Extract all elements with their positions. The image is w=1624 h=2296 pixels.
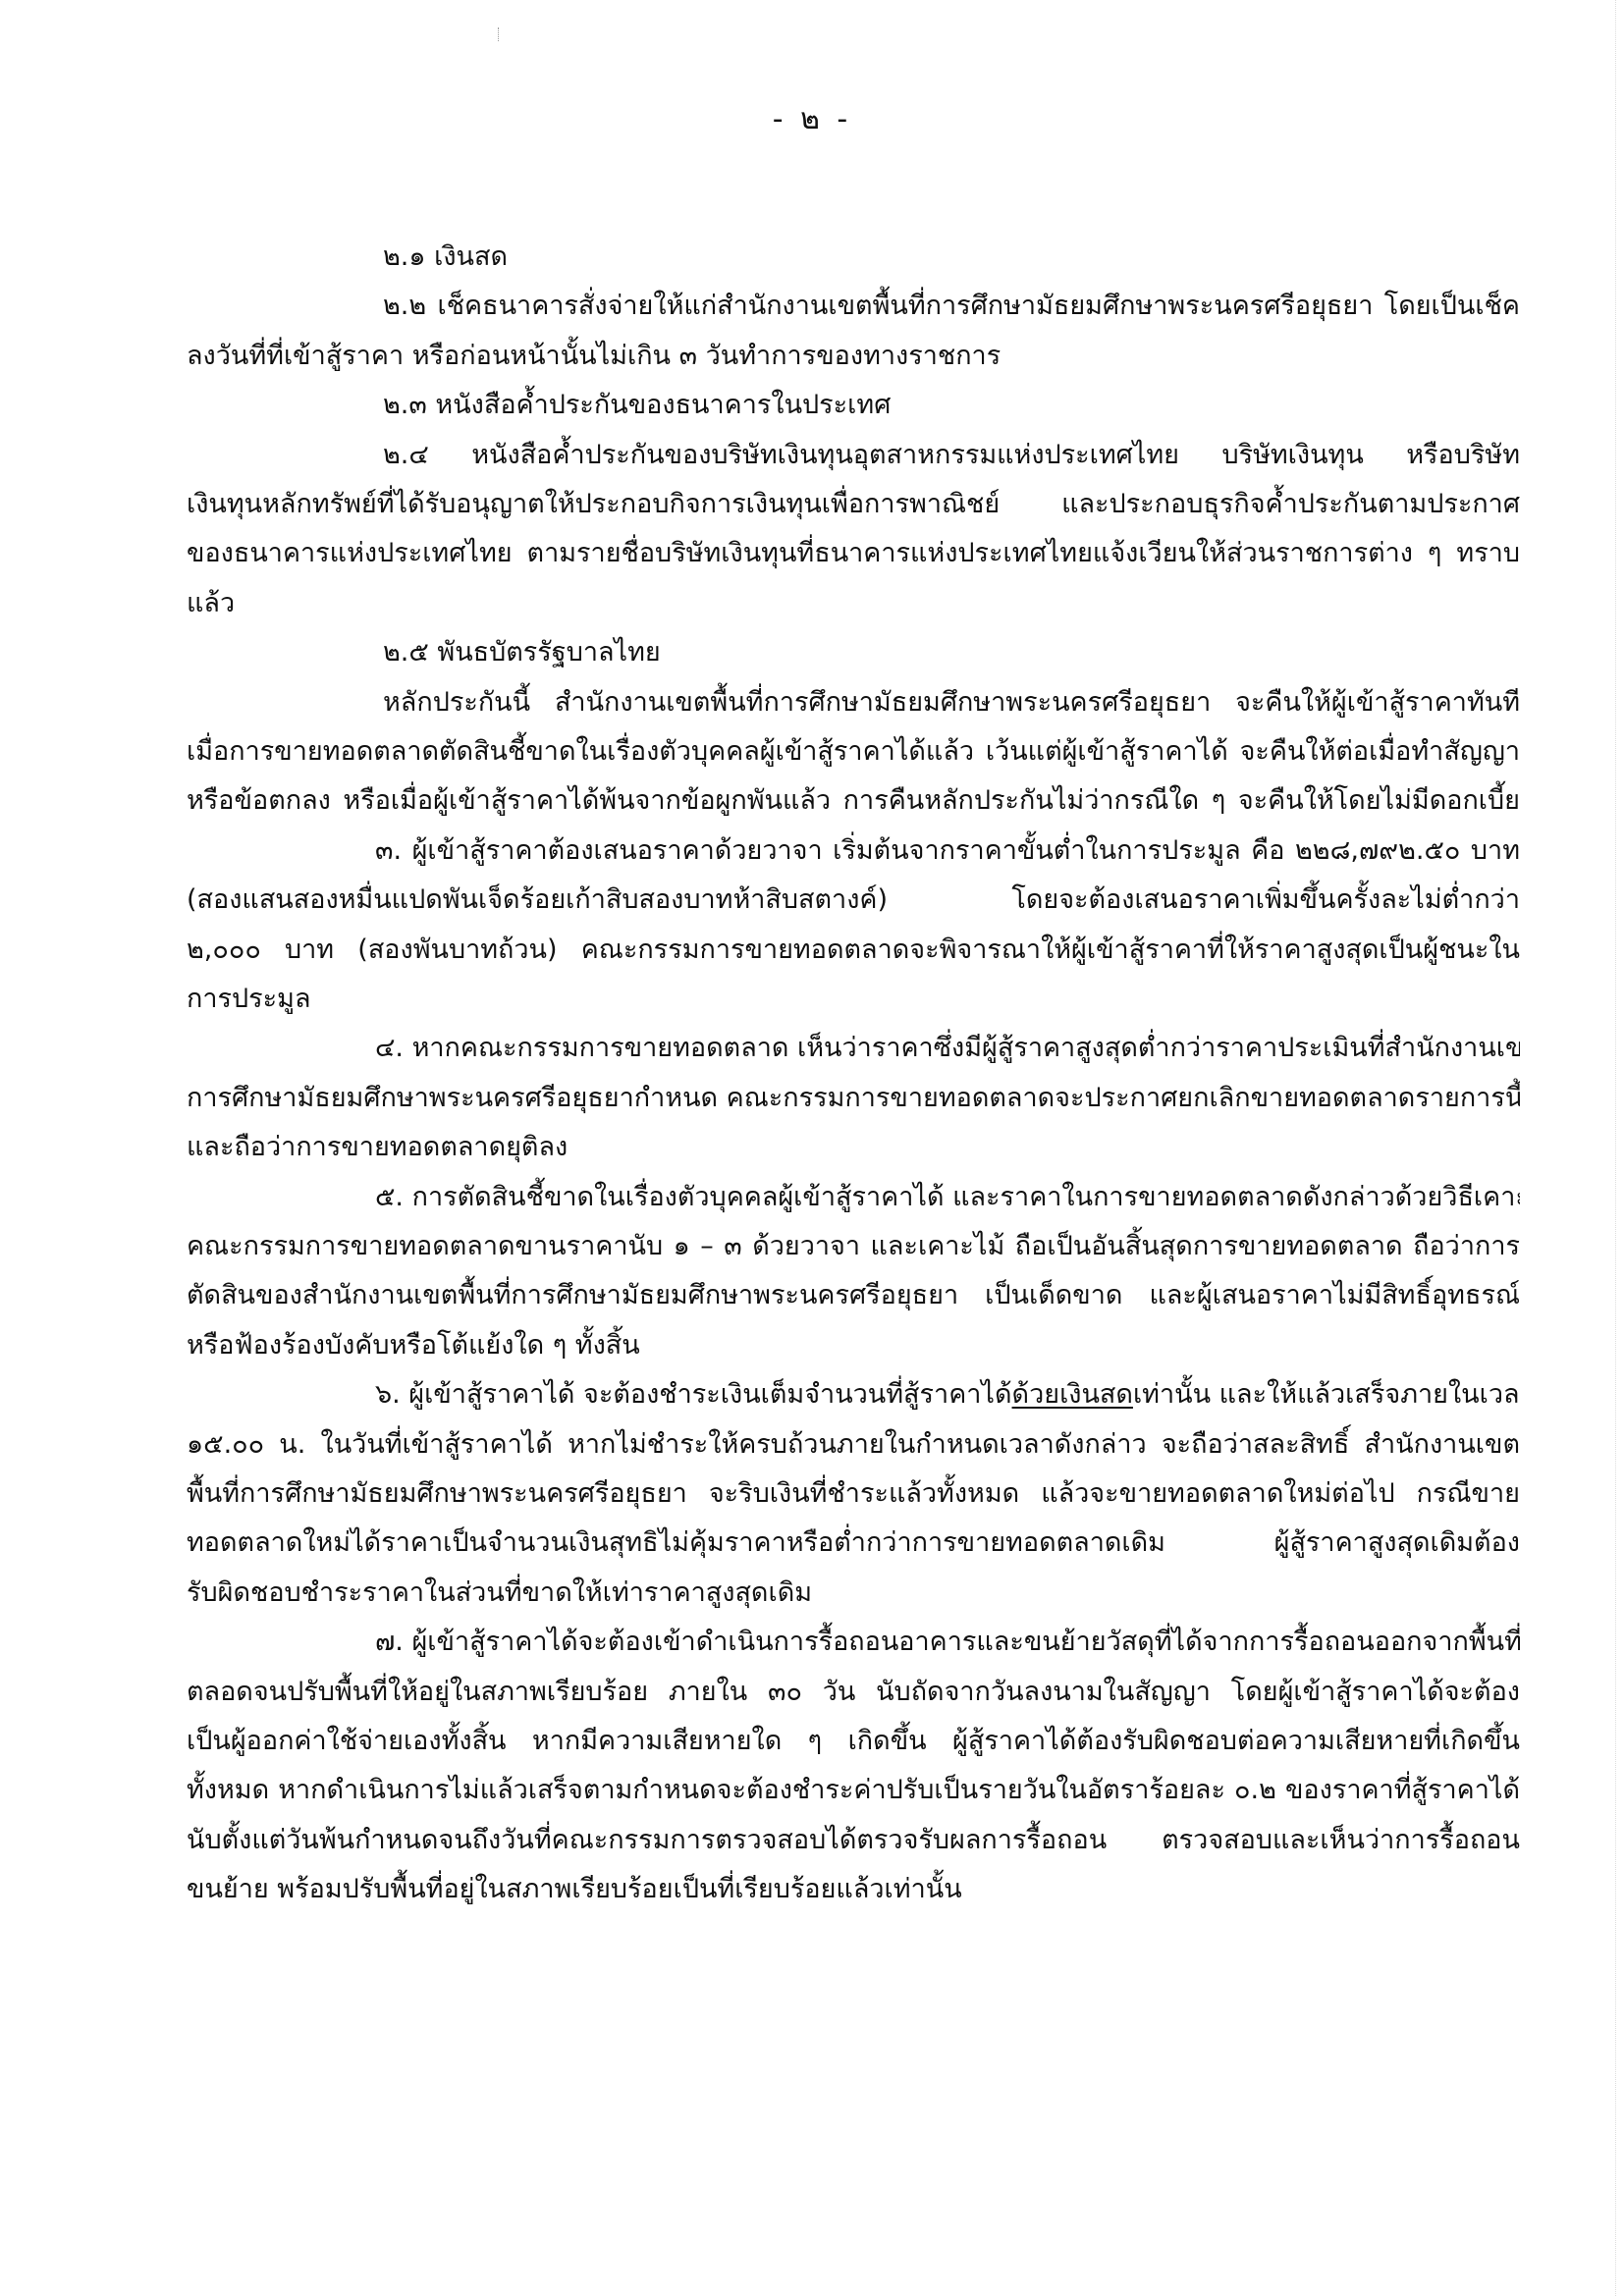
text-line: ๖. ผู้เข้าสู้ราคาได้ จะต้องชำระเงินเต็มจ… xyxy=(375,1373,1520,1416)
text-line: ๒,๐๐๐ บาท (สองพันบาทถ้วน) คณะกรรมการขายท… xyxy=(187,929,1520,972)
text-line: ๔. หากคณะกรรมการขายทอดตลาด เห็นว่าราคาซึ… xyxy=(375,1027,1520,1070)
text-line: ของธนาคารแห่งประเทศไทย ตามรายชื่อบริษัทเ… xyxy=(187,532,1520,575)
text-line: การประมูล xyxy=(187,978,1520,1021)
text-line: เงินทุนหลักทรัพย์ที่ได้รับอนุญาตให้ประกอ… xyxy=(187,483,1520,526)
page-edge xyxy=(1615,0,1617,2296)
text-line: ๒.๕ พันธบัตรรัฐบาลไทย xyxy=(383,631,1520,674)
document-page: - ๒ - ๒.๑ เงินสด๒.๒ เช็คธนาคารสั่งจ่ายให… xyxy=(0,0,1624,2296)
text-segment: ๖. ผู้เข้าสู้ราคาได้ จะต้องชำระเงินเต็มจ… xyxy=(375,1379,1012,1410)
text-line: (สองแสนสองหมื่นแปดพันเจ็ดร้อยเก้าสิบสองบ… xyxy=(187,879,1520,922)
text-line: หรือข้อตกลง หรือเมื่อผู้เข้าสู้ราคาได้พ้… xyxy=(187,779,1520,823)
text-line: ตลอดจนปรับพื้นที่ให้อยู่ในสภาพเรียบร้อย … xyxy=(187,1671,1520,1714)
text-line: แล้ว xyxy=(187,582,1520,625)
text-line: นับตั้งแต่วันพ้นกำหนดจนถึงวันที่คณะกรรมก… xyxy=(187,1819,1520,1862)
text-line: เมื่อการขายทอดตลาดตัดสินชี้ขาดในเรื่องตั… xyxy=(187,730,1520,774)
text-line: ๒.๔ หนังสือค้ำประกันของบริษัทเงินทุนอุตส… xyxy=(383,434,1520,477)
text-line: ๒.๒ เช็คธนาคารสั่งจ่ายให้แก่สำนักงานเขตพ… xyxy=(383,285,1520,328)
text-line: พื้นที่การศึกษามัธยมศึกษาพระนครศรีอยุธยา… xyxy=(187,1472,1520,1516)
text-line: หลักประกันนี้ สำนักงานเขตพื้นที่การศึกษา… xyxy=(383,681,1520,724)
underlined-text: ด้วยเงินสด xyxy=(1012,1379,1133,1410)
text-line: ทอดตลาดใหม่ได้ราคาเป็นจำนวนเงินสุทธิไม่ค… xyxy=(187,1522,1520,1565)
text-line: และถือว่าการขายทอดตลาดยุติลง xyxy=(187,1126,1520,1169)
text-line: คณะกรรมการขายทอดตลาดขานราคานับ ๑ – ๓ ด้ว… xyxy=(187,1225,1520,1268)
text-line: ลงวันที่ที่เข้าสู้ราคา หรือก่อนหน้านั้นไ… xyxy=(187,335,1520,378)
text-line: ๒.๑ เงินสด xyxy=(383,236,1520,279)
text-line: ๕. การตัดสินชี้ขาดในเรื่องตัวบุคคลผู้เข้… xyxy=(375,1176,1520,1219)
text-line: ทั้งหมด หากดำเนินการไม่แล้วเสร็จตามกำหนด… xyxy=(187,1769,1520,1812)
text-line: ๗. ผู้เข้าสู้ราคาได้จะต้องเข้าดำเนินการร… xyxy=(375,1621,1520,1664)
text-line: ๒.๓ หนังสือค้ำประกันของธนาคารในประเทศ xyxy=(383,384,1520,427)
page-number: - ๒ - xyxy=(0,98,1624,141)
text-line: ตัดสินของสำนักงานเขตพื้นที่การศึกษามัธยม… xyxy=(187,1274,1520,1317)
text-line: ๓. ผู้เข้าสู้ราคาต้องเสนอราคาด้วยวาจา เร… xyxy=(375,829,1520,873)
text-line: ขนย้าย พร้อมปรับพื้นที่อยู่ในสภาพเรียบร้… xyxy=(187,1868,1520,1911)
scan-artifact xyxy=(498,27,500,41)
text-segment: เท่านั้น และให้แล้วเสร็จภายในเวลา xyxy=(1133,1379,1520,1410)
text-line: ๑๕.๐๐ น. ในวันที่เข้าสู้ราคาได้ หากไม่ชำ… xyxy=(187,1423,1520,1467)
text-line: เป็นผู้ออกค่าใช้จ่ายเองทั้งสิ้น หากมีควา… xyxy=(187,1720,1520,1763)
text-line: การศึกษามัธยมศึกษาพระนครศรีอยุธยากำหนด ค… xyxy=(187,1077,1520,1120)
text-line: หรือฟ้องร้องบังคับหรือโต้แย้งใด ๆ ทั้งสิ… xyxy=(187,1324,1520,1367)
text-line: รับผิดชอบชำระราคาในส่วนที่ขาดให้เท่าราคา… xyxy=(187,1572,1520,1615)
